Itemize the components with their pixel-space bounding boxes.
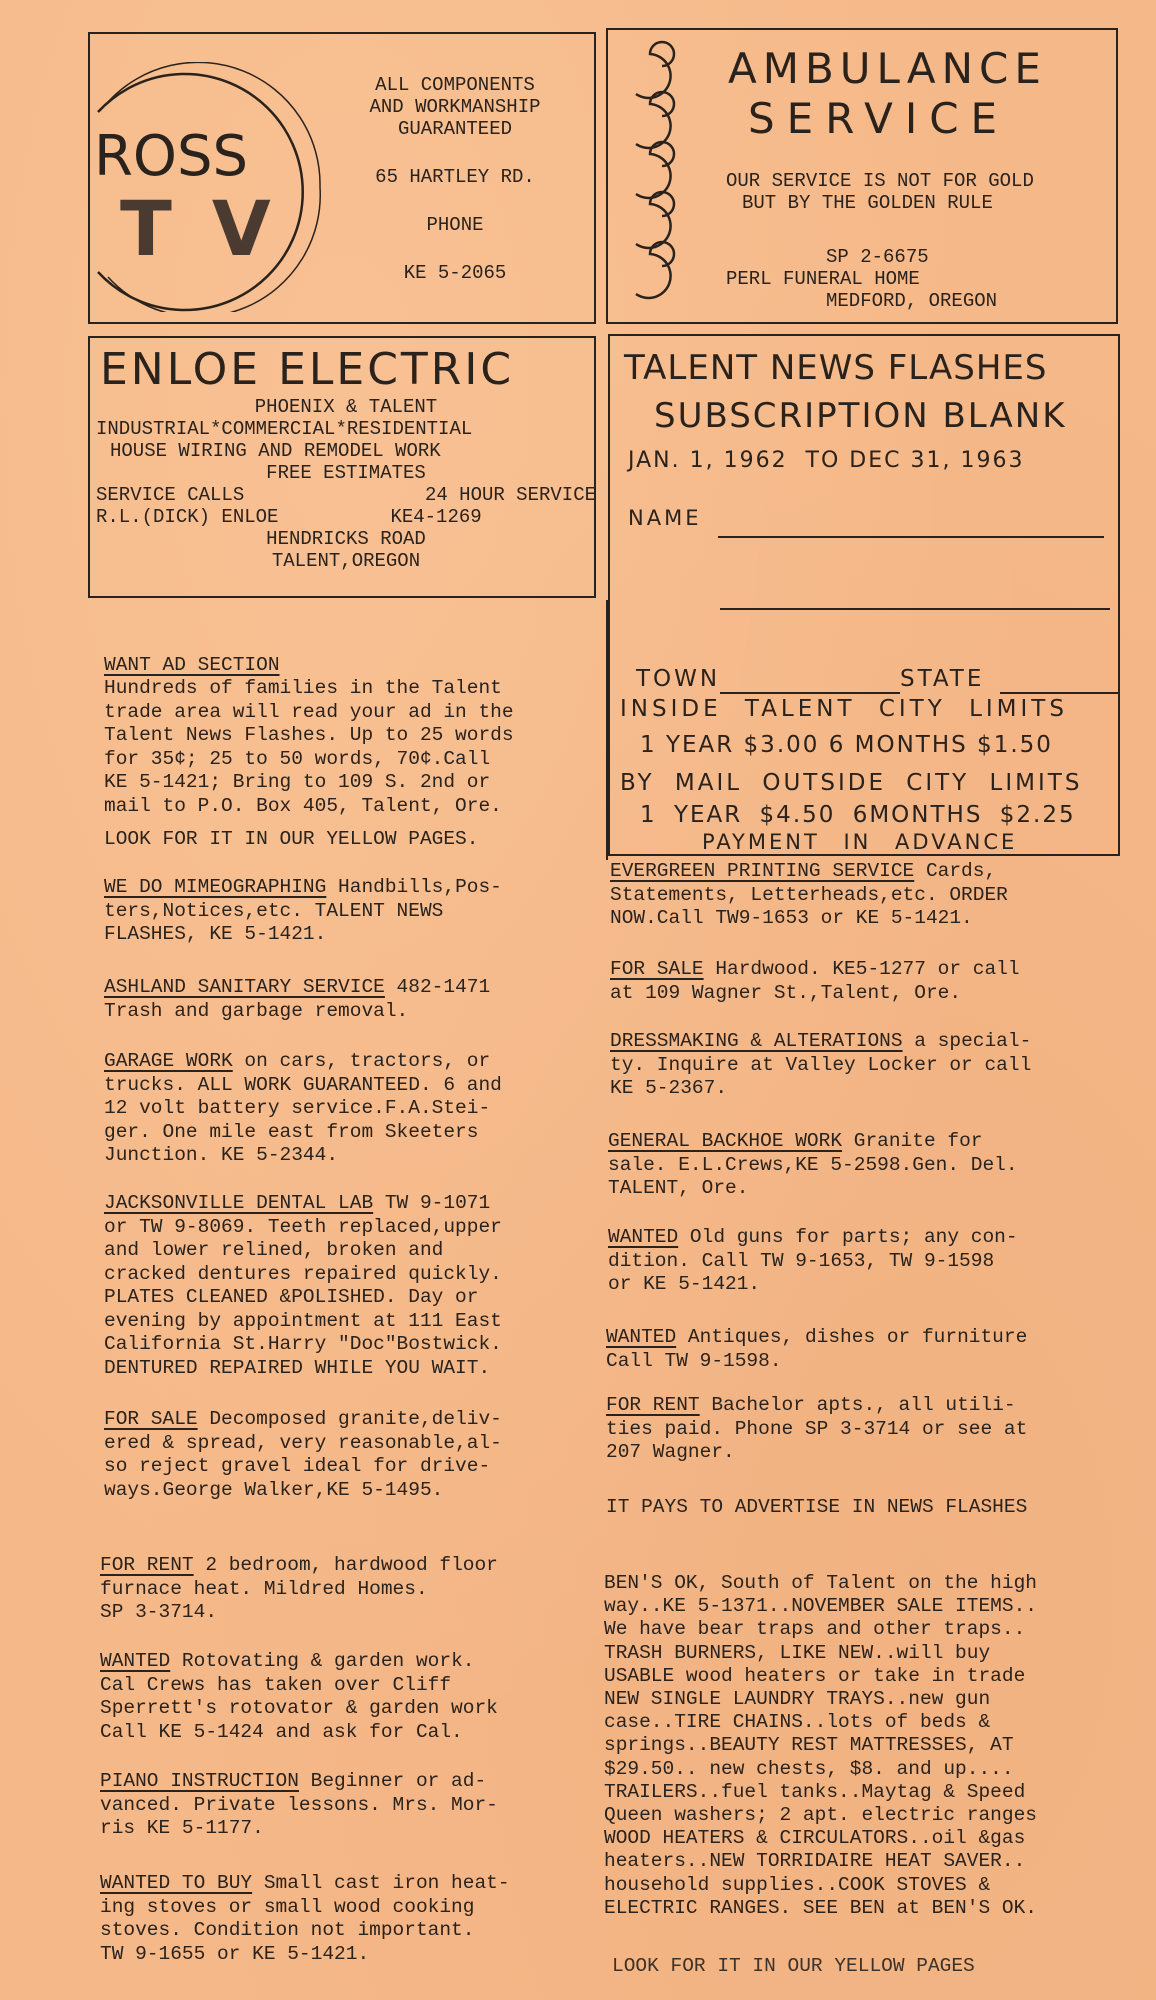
- ross-logo-text: ROSS: [94, 124, 248, 189]
- state-label: STATE: [900, 666, 984, 692]
- ad-for-sale-granite: FOR SALE Decomposed granite,deliv- ered …: [104, 1408, 614, 1502]
- ad-evergreen-printing: EVERGREEN PRINTING SERVICE Cards, Statem…: [610, 860, 1130, 931]
- inside-limits-label: INSIDE TALENT CITY LIMITS: [620, 696, 1068, 722]
- ross-phone-label: PHONE: [340, 214, 570, 236]
- ad-bens-ok: BEN'S OK, South of Talent on the high wa…: [604, 1572, 1149, 1920]
- ross-line-3: GUARANTEED: [340, 118, 570, 140]
- swirl-ornament-icon: [622, 36, 692, 321]
- subscription-title: TALENT NEWS FLASHES: [624, 348, 1048, 388]
- advertise-slogan: IT PAYS TO ADVERTISE IN NEWS FLASHES: [606, 1496, 1027, 1520]
- ross-phone: KE 5-2065: [340, 262, 570, 284]
- enloe-title: ENLOE ELECTRIC: [100, 344, 514, 395]
- enloe-electric-ad: ENLOE ELECTRIC PHOENIX & TALENT INDUSTRI…: [88, 336, 596, 598]
- want-ad-body: Hundreds of families in the Talent trade…: [104, 677, 624, 818]
- state-field[interactable]: [1000, 674, 1120, 694]
- subscription-subtitle: SUBSCRIPTION BLANK: [654, 396, 1067, 436]
- column-divider: [606, 600, 608, 860]
- ad-for-rent-bedroom: FOR RENT 2 bedroom, hardwood floor furna…: [100, 1554, 610, 1625]
- ross-line-2: AND WORKMANSHIP: [340, 96, 570, 118]
- subscription-blank: TALENT NEWS FLASHES SUBSCRIPTION BLANK J…: [608, 334, 1120, 856]
- ad-backhoe-work: GENERAL BACKHOE WORK Granite for sale. E…: [608, 1130, 1138, 1201]
- enloe-address: HENDRICKS ROAD: [96, 528, 596, 550]
- subscription-period: JAN. 1, 1962 TO DEC 31, 1963: [628, 448, 1024, 473]
- ad-garage-work: GARAGE WORK on cars, tractors, or trucks…: [104, 1050, 614, 1168]
- service-title: SERVICE: [748, 94, 1009, 143]
- enloe-line-1: PHOENIX & TALENT: [96, 396, 596, 418]
- ad-ashland-sanitary: ASHLAND SANITARY SERVICE 482-1471 Trash …: [104, 976, 604, 1023]
- name-label: NAME: [628, 506, 701, 530]
- funeral-home-name: PERL FUNERAL HOME: [726, 268, 920, 290]
- want-ad-intro: WANT AD SECTION Hundreds of families in …: [104, 630, 624, 842]
- ross-tv-ad: ROSS TV ALL COMPONENTS AND WORKMANSHIP G…: [88, 32, 596, 324]
- ross-address: 65 HARTLEY RD.: [340, 166, 570, 188]
- yellow-pages-note: LOOK FOR IT IN OUR YELLOW PAGES.: [104, 828, 478, 852]
- town-label: TOWN: [636, 666, 720, 692]
- ambulance-motto-1: OUR SERVICE IS NOT FOR GOLD: [726, 170, 1034, 192]
- enloe-line-4: FREE ESTIMATES: [96, 462, 596, 484]
- enloe-24-hour: 24 HOUR SERVICE: [425, 484, 596, 506]
- enloe-phone: KE4-1269: [390, 506, 481, 528]
- enloe-city: TALENT,OREGON: [96, 550, 596, 572]
- enloe-line-2: INDUSTRIAL*COMMERCIAL*RESIDENTIAL: [96, 418, 596, 440]
- name-field[interactable]: [718, 518, 1104, 538]
- ad-wanted-to-buy: WANTED TO BUY Small cast iron heat- ing …: [100, 1872, 610, 1966]
- tv-logo-text: TV: [120, 184, 311, 273]
- ad-wanted-guns: WANTED Old guns for parts; any con- diti…: [608, 1226, 1138, 1297]
- ambulance-motto-2: BUT BY THE GOLDEN RULE: [742, 192, 993, 214]
- enloe-owner: R.L.(DICK) ENLOE: [96, 506, 278, 528]
- outside-limits-rates: 1 YEAR $4.50 6MONTHS $2.25: [640, 802, 1076, 828]
- ad-mimeographing: WE DO MIMEOGRAPHING Handbills,Pos- ters,…: [104, 876, 604, 947]
- enloe-service-calls: SERVICE CALLS: [96, 484, 244, 506]
- ad-for-rent-bachelor: FOR RENT Bachelor apts., all utili- ties…: [606, 1394, 1146, 1465]
- ad-wanted-antiques: WANTED Antiques, dishes or furniture Cal…: [606, 1326, 1146, 1373]
- ross-line-1: ALL COMPONENTS: [340, 74, 570, 96]
- want-ad-heading: WANT AD SECTION: [104, 654, 624, 678]
- ambulance-phone: SP 2-6675: [826, 246, 929, 268]
- ad-piano-instruction: PIANO INSTRUCTION Beginner or ad- vanced…: [100, 1770, 610, 1841]
- town-field[interactable]: [720, 674, 900, 694]
- inside-limits-rates: 1 YEAR $3.00 6 MONTHS $1.50: [640, 732, 1053, 758]
- yellow-pages-footer: LOOK FOR IT IN OUR YELLOW PAGES: [612, 1955, 975, 1979]
- ad-wanted-rotovating: WANTED Rotovating & garden work. Cal Cre…: [100, 1650, 610, 1744]
- address-field[interactable]: [720, 590, 1110, 610]
- outside-limits-label: BY MAIL OUTSIDE CITY LIMITS: [620, 770, 1082, 796]
- ambulance-title: AMBULANCE: [728, 44, 1047, 93]
- ambulance-ad: AMBULANCE SERVICE OUR SERVICE IS NOT FOR…: [606, 28, 1118, 324]
- ad-dressmaking: DRESSMAKING & ALTERATIONS a special- ty.…: [610, 1030, 1140, 1101]
- payment-note: PAYMENT IN ADVANCE: [702, 830, 1017, 854]
- enloe-line-3: HOUSE WIRING AND REMODEL WORK: [96, 440, 596, 462]
- funeral-home-city: MEDFORD, OREGON: [826, 290, 997, 312]
- ad-dental-lab: JACKSONVILLE DENTAL LAB TW 9-1071 or TW …: [104, 1192, 614, 1380]
- ad-for-sale-hardwood: FOR SALE Hardwood. KE5-1277 or call at 1…: [610, 958, 1130, 1005]
